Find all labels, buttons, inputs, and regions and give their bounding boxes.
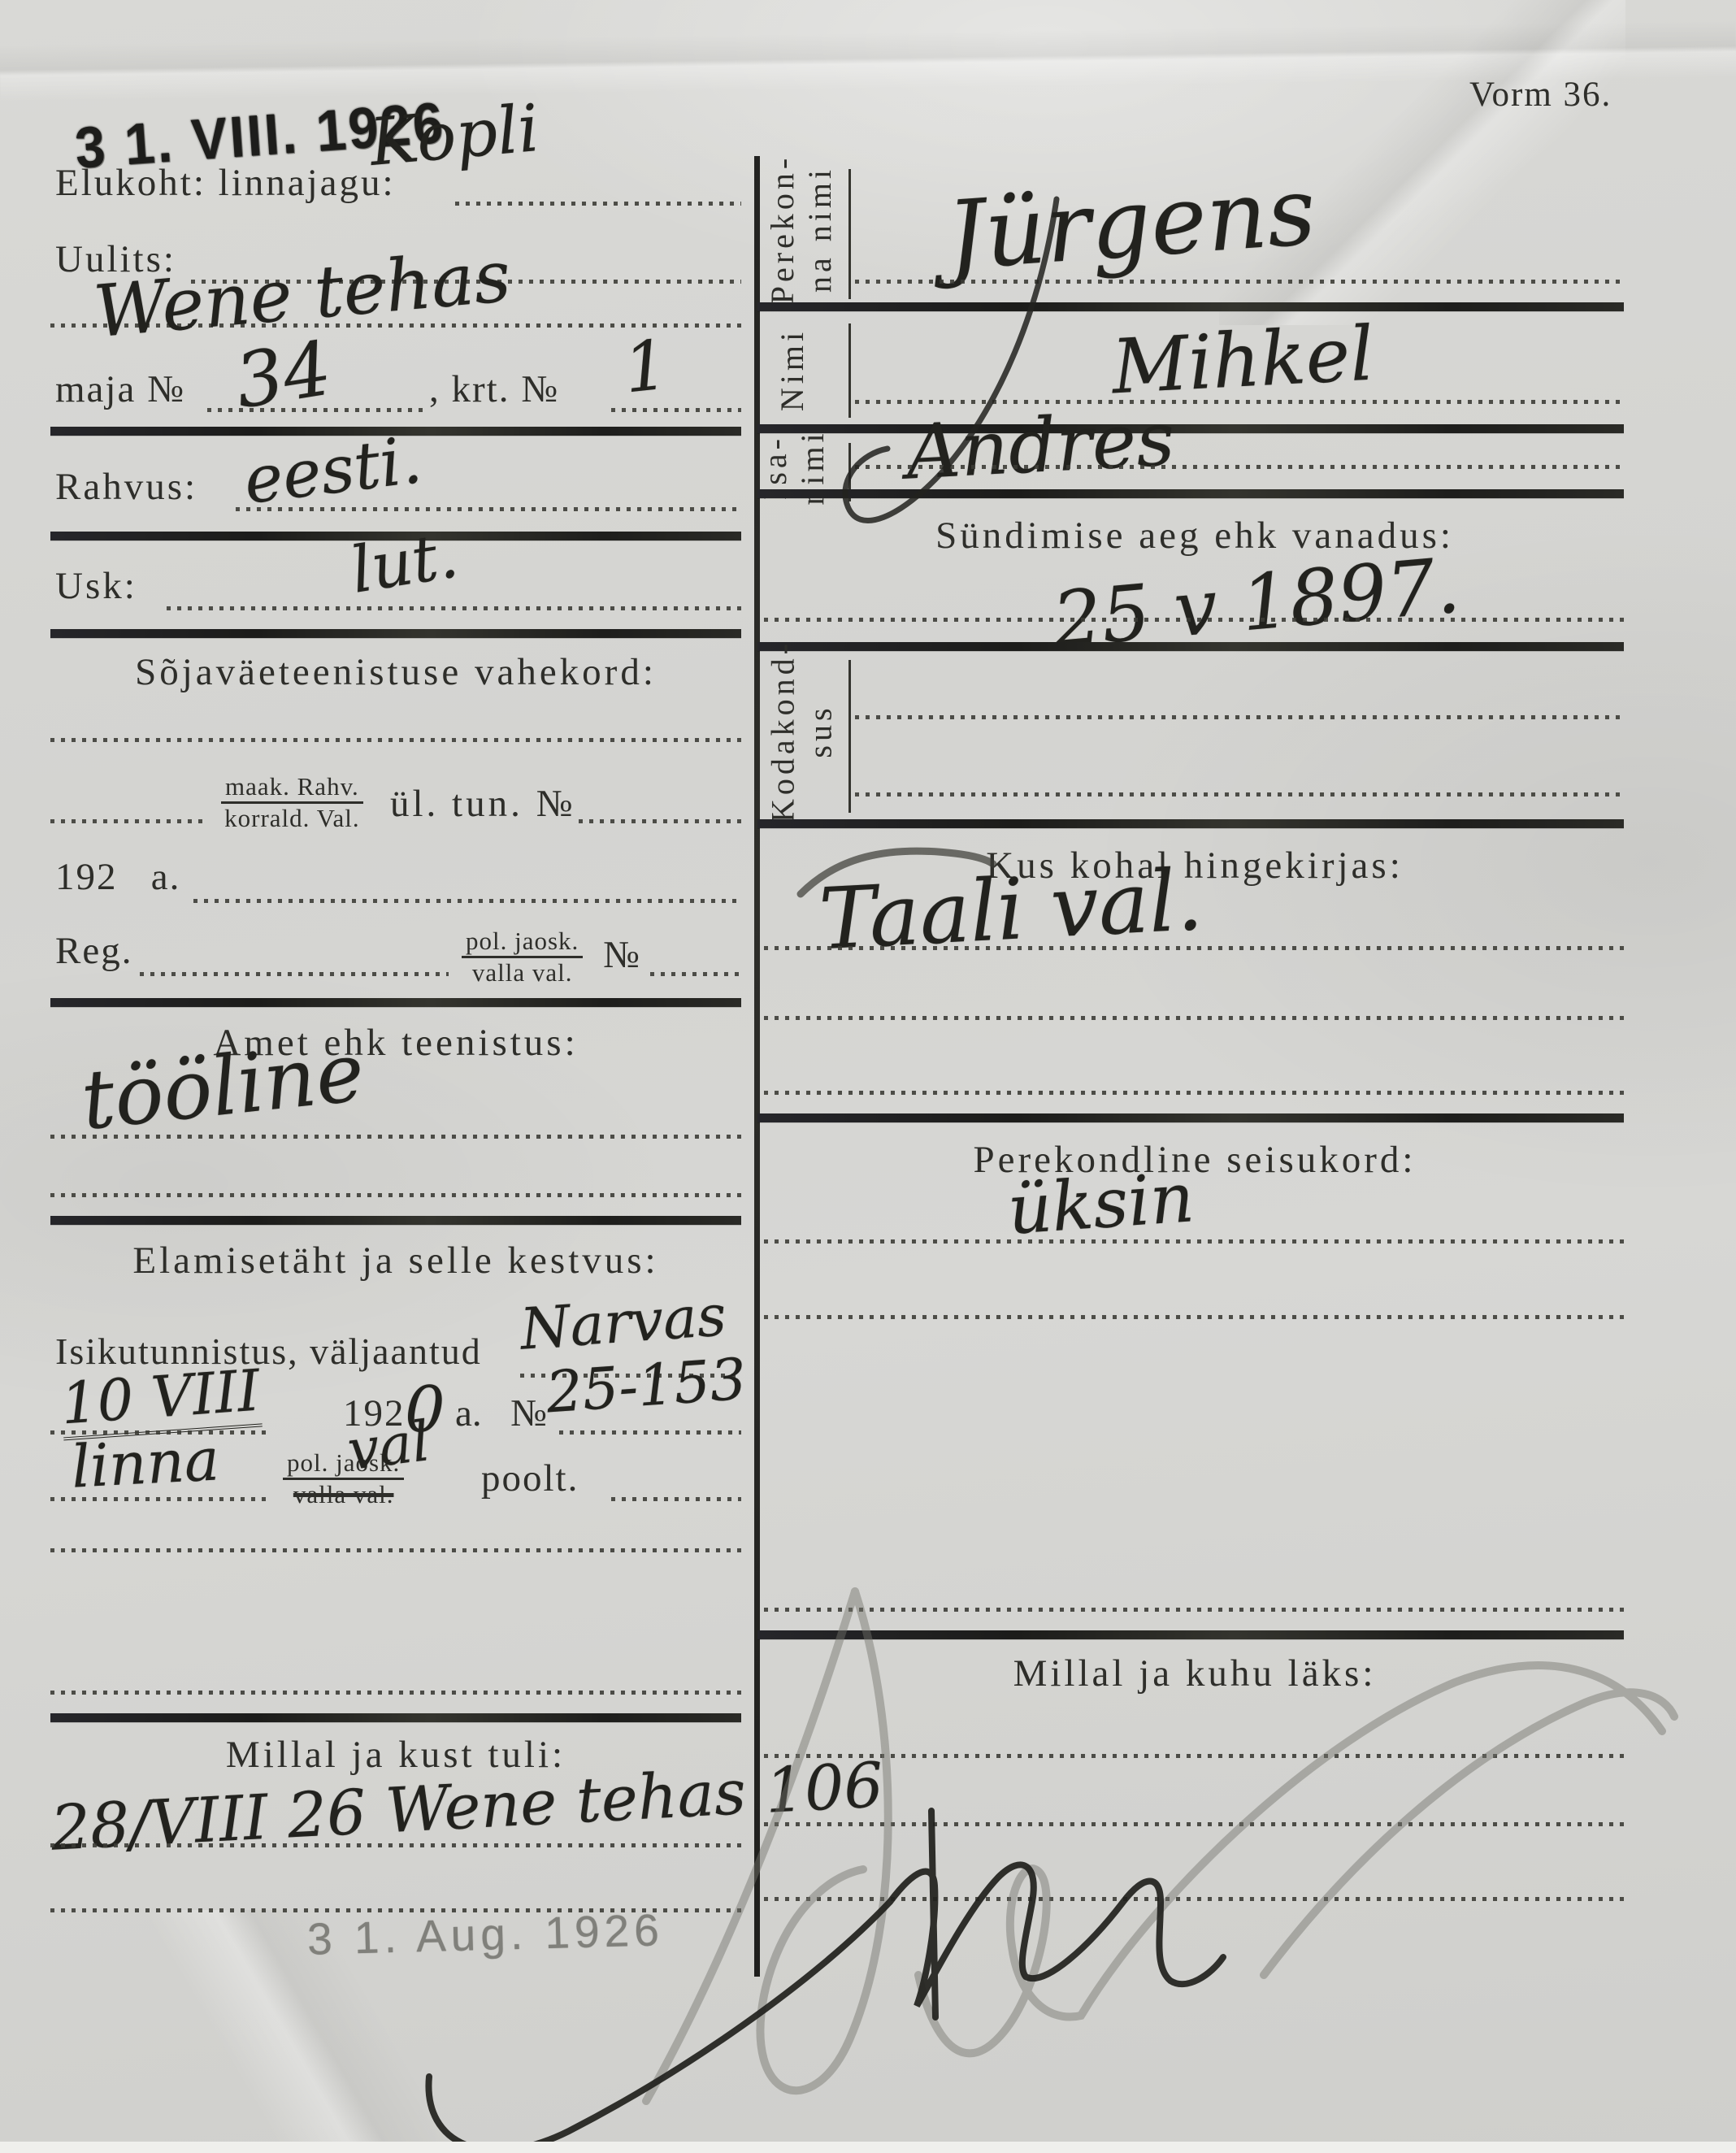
perekonnanimi-handwritten-value: Jürgens: [944, 156, 1319, 291]
nimi-dotted-line: [855, 400, 1624, 404]
separator-bar: [757, 819, 1624, 828]
amet-dotted-line: [50, 1135, 741, 1139]
kodakondsus-dotted-line2: [855, 792, 1624, 797]
page-bottom-edge: [0, 2142, 1736, 2153]
empty-dotted-line: [764, 1315, 1624, 1319]
usk-handwritten-value: lut.: [346, 519, 463, 607]
elukoht-dotted-line: [455, 202, 741, 206]
perekonnanimi-vertical-label: Perekon- na nimi: [765, 140, 838, 319]
year-dotted-line: [193, 899, 741, 903]
poolt-label: poolt.: [481, 1456, 579, 1500]
maak-dotted-line: [50, 819, 209, 823]
elukoht-label: Elukoht: linnajagu:: [55, 161, 396, 205]
form-number-label: Vorm 36.: [1469, 75, 1612, 115]
maja-handwritten-value: 34: [229, 325, 336, 426]
reg-label: Reg.: [55, 929, 132, 973]
pol-fraction: pol. jaosk.valla val.: [462, 927, 583, 987]
empty-dotted-line: [764, 1016, 1624, 1020]
reg-no-dotted-line: [650, 972, 741, 976]
elukoht-handwritten-value: Kopli: [367, 90, 541, 180]
empty-dotted-line: [764, 1897, 1624, 1901]
empty-dotted-line: [50, 1193, 741, 1197]
hingekiri-dotted-line: [764, 946, 1624, 950]
empty-dotted-line: [50, 1548, 741, 1552]
empty-dotted-line: [764, 1822, 1624, 1826]
registration-card: Vorm 36. 3 1. VIII. 1926 Elukoht: linnaj…: [0, 0, 1736, 2153]
separator-bar: [757, 424, 1624, 433]
kodakondsus-dotted-line: [855, 715, 1624, 719]
maak-fraction: maak. Rahv.korrald. Val.: [221, 772, 363, 832]
separator-bar: [757, 642, 1624, 651]
seisukord-handwritten-value: üksin: [1005, 1157, 1196, 1250]
maja-label: maja №: [55, 367, 185, 411]
sojavagi-heading: Sõjaväeteenistuse vahekord:: [50, 650, 741, 694]
isikutunnistus-date-value: 10 VIII: [59, 1357, 262, 1438]
linna-dotted-line: [50, 1497, 270, 1501]
pol-fraction-top: pol. jaosk.: [462, 927, 583, 958]
year-192-label: 192 a.: [55, 855, 180, 899]
poolt-fraction-bottom: valla val.: [283, 1480, 404, 1509]
pol-fraction-bottom: valla val.: [462, 958, 583, 988]
usk-label: Usk:: [55, 564, 137, 608]
val-handwritten-overwrite: val: [345, 1409, 434, 1483]
ul-tun-label: ül. tun. №: [390, 782, 575, 826]
sundimine-heading: Sündimise aeg ehk vanadus:: [764, 514, 1625, 558]
poolt-dotted-line: [611, 1497, 741, 1501]
separator-bar: [757, 1113, 1624, 1122]
isik-number-handwritten: 25-153: [544, 1346, 748, 1426]
ul-tun-dotted-line: [579, 819, 741, 823]
perekonnanimi-dotted-line: [855, 280, 1624, 284]
krt-dotted-line: [611, 408, 741, 412]
elamisetaht-heading: Elamisetäht ja selle kestvus:: [50, 1239, 741, 1283]
isanimi-vertical-label: Isa- nimi: [757, 415, 831, 520]
empty-dotted-line: [764, 1091, 1624, 1095]
kodakondsus-vertical-label: Kodakond- sus: [763, 634, 840, 829]
hingekiri-handwritten-value: Taali val.: [817, 850, 1205, 970]
separator-bar: [757, 302, 1624, 311]
sundimine-dotted-line: [764, 618, 1624, 622]
empty-dotted-line: [50, 738, 741, 742]
usk-dotted-line: [167, 606, 741, 610]
label-field-rule: [848, 660, 851, 813]
ink-signature: [428, 1811, 1223, 2151]
separator-bar: [50, 998, 741, 1007]
separator-bar: [757, 489, 1624, 498]
number-dotted-line: [559, 1430, 741, 1435]
linna-handwritten: linna: [70, 1425, 221, 1500]
reg-dotted-line: [140, 972, 449, 976]
seisukord-dotted-line: [764, 1239, 1624, 1244]
maak-fraction-top: maak. Rahv.: [221, 772, 363, 804]
separator-bar: [757, 1630, 1624, 1639]
tuli-dotted-line: [50, 1843, 741, 1847]
empty-dotted-line: [764, 1754, 1624, 1758]
isanimi-dotted-line: [855, 465, 1624, 469]
separator-bar: [50, 1713, 741, 1722]
empty-dotted-line: [764, 1608, 1624, 1612]
rahvus-handwritten-value: eesti.: [240, 422, 426, 519]
maak-fraction-bottom: korrald. Val.: [221, 804, 363, 833]
krt-handwritten-value: 1: [620, 324, 671, 408]
nimi-vertical-label: Nimi: [768, 317, 817, 423]
label-field-rule: [848, 169, 851, 299]
isanimi-handwritten-value: Andres: [904, 395, 1176, 496]
nimi-handwritten-value: Mihkel: [1109, 310, 1376, 411]
registered-date-stamp: 3 1. Aug. 1926: [306, 1903, 664, 1964]
krt-label: , krt. №: [429, 367, 559, 411]
isik-no-label: №: [510, 1391, 547, 1435]
label-field-rule: [848, 323, 851, 418]
empty-dotted-line: [50, 1691, 741, 1695]
separator-bar: [50, 1216, 741, 1225]
isik-a-label: a.: [455, 1391, 482, 1435]
laks-heading: Millal ja kuhu läks:: [764, 1652, 1625, 1695]
separator-bar: [50, 629, 741, 638]
reg-no-label: №: [603, 933, 640, 977]
rahvus-label: Rahvus:: [55, 465, 197, 509]
seisukord-heading: Perekondline seisukord:: [764, 1138, 1625, 1182]
